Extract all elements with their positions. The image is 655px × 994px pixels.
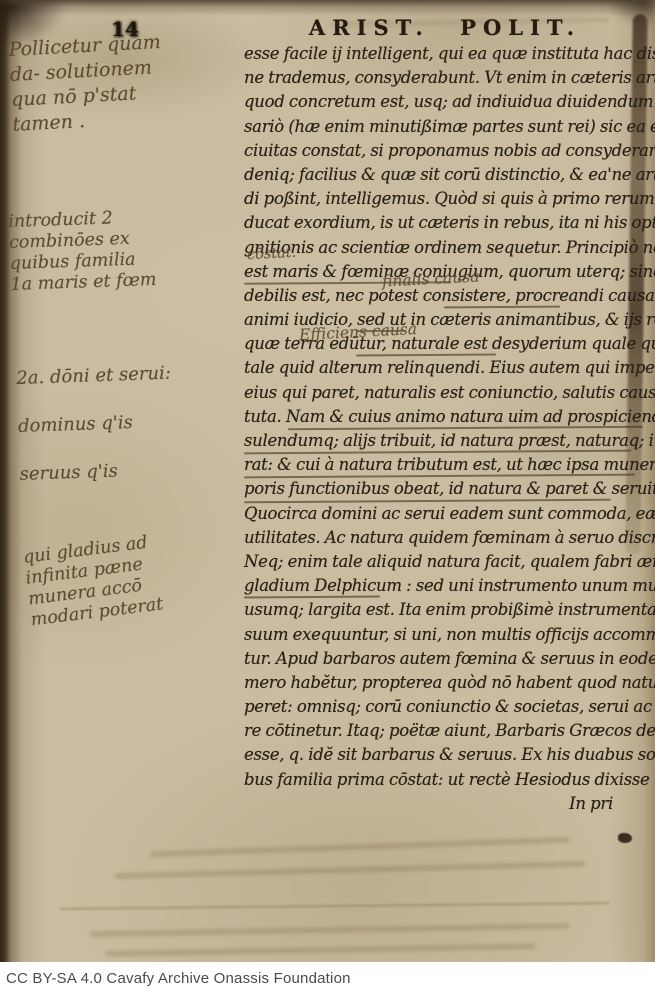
text-line: gnitionis ac scientiæ ordinem sequetur. … bbox=[244, 238, 643, 262]
hand-underline bbox=[356, 354, 496, 357]
text-line: di poßint, intelligemus. Quòd si quis à … bbox=[244, 189, 643, 213]
hand-underline bbox=[443, 306, 559, 309]
margin-note-domini-serui: 2a. dōni et serui: dominus q'is seruus q… bbox=[16, 360, 251, 512]
text-line: eius qui paret, naturalis est coniunctio… bbox=[244, 383, 643, 407]
text-line: sariò (hæ enim minutißimæ partes sunt re… bbox=[244, 117, 643, 141]
text-line: mero habĕtur, propterea quòd nō habent q… bbox=[244, 673, 643, 697]
text-block: esse facile ij intelligent, qui ea quæ i… bbox=[244, 44, 643, 818]
text-line: suum exequuntur, si uni, non multis offi… bbox=[244, 625, 643, 649]
catchword: In pri bbox=[244, 794, 643, 818]
interlinear-note-constat: cōstat. bbox=[247, 245, 297, 264]
text-line: ciuitas constat, si proponamus nobis ad … bbox=[244, 141, 643, 165]
book-scan-page: 14 ARIST. POLIT. esse facile ij intellig… bbox=[0, 0, 655, 994]
text-line: tur. Apud barbaros autem fœmina & seruus… bbox=[244, 649, 643, 673]
text-line: deniq; facilius & quæ sit corū distincti… bbox=[244, 165, 643, 189]
text-line: usumq; largita est. Ita enim probißimè i… bbox=[244, 600, 643, 624]
margin-note-line: seruus q'is bbox=[19, 456, 250, 486]
paper-background: 14 ARIST. POLIT. esse facile ij intellig… bbox=[0, 0, 655, 962]
hand-underline bbox=[244, 474, 635, 479]
margin-note-gladius: qui gladius ad infinita pæne munera accō… bbox=[22, 518, 275, 631]
text-line: esse facile ij intelligent, qui ea quæ i… bbox=[244, 44, 643, 68]
bleedthrough-stroke bbox=[150, 838, 570, 857]
text-line: tuta. Nam & cuius animo natura uim ad pr… bbox=[244, 407, 643, 431]
text-line: bus familia prima cōstat: ut rectè Hesio… bbox=[244, 770, 643, 794]
bleedthrough-stroke bbox=[105, 944, 535, 956]
text-line: re cōtinetur. Itaq; poëtæ aiunt, Barbari… bbox=[244, 721, 643, 745]
hand-underline bbox=[244, 498, 611, 503]
text-line: utilitates. Ac natura quidem fœminam à s… bbox=[244, 528, 643, 552]
margin-note-line: 2a. dōni et serui: bbox=[16, 360, 247, 390]
margin-note-line: dominus q'is bbox=[18, 408, 249, 438]
text-line: Neq; enim tale aliquid natura facit, qua… bbox=[244, 552, 643, 576]
bleedthrough-stroke bbox=[115, 862, 585, 878]
text-line: ne trademus, consyderabunt. Vt enim in c… bbox=[244, 68, 643, 92]
binding-edge bbox=[0, 0, 22, 962]
margin-note-introducit: introducit 2 combinōes ex quibus familia… bbox=[8, 203, 261, 296]
text-line: tale quid alterum relinquendi. Eius aute… bbox=[244, 358, 643, 382]
text-line: debilis est, nec potest consistere, proc… bbox=[244, 286, 643, 310]
text-line: sulendumq; alijs tribuit, id natura præs… bbox=[244, 431, 643, 455]
bleedthrough-line bbox=[60, 902, 610, 910]
text-line: rat: & cui à natura tributum est, ut hæc… bbox=[244, 455, 643, 479]
text-line: gladium Delphicum : sed uni instrumento … bbox=[244, 576, 643, 600]
text-line: esse, q. idĕ sit barbarus & seruus. Ex h… bbox=[244, 745, 643, 769]
text-line: Quocirca domini ac serui eadem sunt comm… bbox=[244, 504, 643, 528]
text-line: ducat exordium, is ut cæteris in rebus, … bbox=[244, 213, 643, 237]
ink-speck bbox=[618, 833, 632, 843]
running-title: ARIST. POLIT. bbox=[250, 15, 640, 40]
hand-underline bbox=[288, 426, 643, 430]
text-line: peret: omnisq; corū coniunctio & societa… bbox=[244, 697, 643, 721]
text-line: poris functionibus obeat, id natura & pa… bbox=[244, 479, 643, 503]
margin-note-pollicetur: Pollicetur quam da- solutionem qua nō p'… bbox=[8, 25, 263, 138]
bleedthrough-stroke bbox=[90, 924, 570, 936]
license-text: CC BY-SA 4.0 Cavafy Archive Onassis Foun… bbox=[0, 970, 351, 987]
hand-underline bbox=[244, 450, 631, 455]
top-edge-shadow bbox=[0, 0, 655, 16]
text-line: quod concretum est, usq; ad indiuidua di… bbox=[244, 92, 643, 116]
license-footer: CC BY-SA 4.0 Cavafy Archive Onassis Foun… bbox=[0, 962, 655, 994]
